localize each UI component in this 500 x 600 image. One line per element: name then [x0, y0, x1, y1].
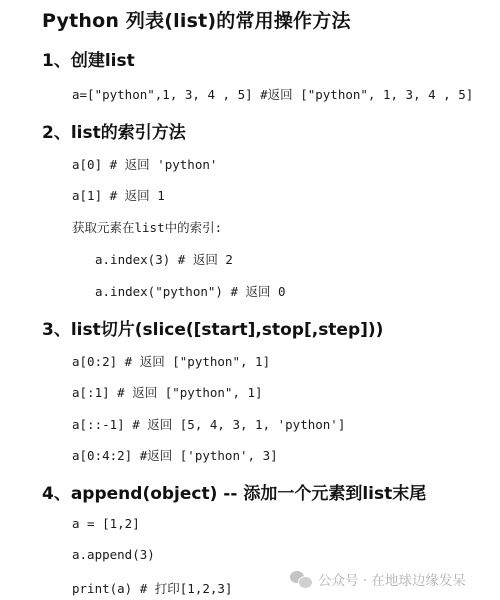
section-heading-create-list: 1、创建list — [42, 46, 135, 71]
code-line: a.append(3) — [72, 547, 155, 562]
code-line: print(a) # 打印[1,2,3] — [72, 579, 232, 597]
code-line: a[0:4:2] #返回 ['python', 3] — [72, 446, 278, 464]
watermark-text: 公众号 · 在地球边缘发呆 — [318, 569, 466, 589]
section-heading-append: 4、append(object) -- 添加一个元素到list末尾 — [42, 479, 426, 504]
code-line: a[0:2] # 返回 ["python", 1] — [72, 352, 270, 370]
code-line: a=["python",1, 3, 4 , 5] #返回 ["python", … — [72, 85, 473, 103]
watermark: 公众号 · 在地球边缘发呆 — [290, 569, 466, 589]
code-line: a[:1] # 返回 ["python", 1] — [72, 383, 263, 401]
code-line: a[::-1] # 返回 [5, 4, 3, 1, 'python'] — [72, 415, 345, 433]
code-line: a = [1,2] — [72, 516, 140, 531]
section-heading-list-index: 2、list的索引方法 — [42, 118, 186, 143]
code-line: a[0] # 返回 'python' — [72, 155, 217, 173]
code-line: a.index("python") # 返回 0 — [95, 282, 286, 300]
code-line: a[1] # 返回 1 — [72, 186, 165, 204]
section-heading-list-slice: 3、list切片(slice([start],stop[,step])) — [42, 315, 383, 340]
wechat-icon — [290, 570, 312, 588]
index-subheading: 获取元素在list中的索引: — [72, 218, 222, 236]
page-title: Python 列表(list)的常用操作方法 — [42, 6, 351, 33]
code-line: a.index(3) # 返回 2 — [95, 250, 233, 268]
